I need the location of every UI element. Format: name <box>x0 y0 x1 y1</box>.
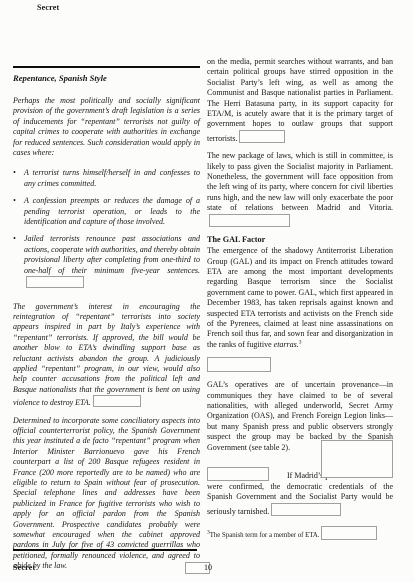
right-paragraph-1: on the media, permit searches without wa… <box>207 57 393 144</box>
bullet-text: Jailed terrorists renounce past associat… <box>24 234 200 274</box>
redaction-box <box>239 130 285 143</box>
gal-factor-heading: The GAL Factor <box>207 235 393 244</box>
page-number: 10 <box>204 563 212 572</box>
footnote-reference: 3 <box>299 339 302 345</box>
left-column: Repentance, Spanish Style Perhaps the mo… <box>13 66 200 579</box>
footnote-text: The Spanish term for a member of ETA. <box>210 532 320 539</box>
bullet-icon: • <box>13 168 16 178</box>
bullet-item: • A confession preempts or reduces the d… <box>13 196 200 227</box>
section-rule <box>13 66 200 68</box>
left-paragraph-2: The government’s interest in encouraging… <box>13 302 200 409</box>
bullet-list: • A terrorist turns himself/herself in a… <box>13 168 200 289</box>
redaction-box <box>321 440 393 478</box>
redaction-box <box>207 467 269 481</box>
left-paragraph-1: Perhaps the most politically and sociall… <box>13 96 200 158</box>
redaction-box <box>26 276 84 288</box>
paragraph-text: The government’s interest in encouraging… <box>13 302 200 408</box>
bullet-icon: • <box>13 196 16 206</box>
right-paragraph-3: The emergence of the shadowy Antiterrori… <box>207 246 393 350</box>
redaction-box <box>207 357 271 372</box>
italic-term: etarras. <box>274 340 299 349</box>
classification-top: Secret <box>37 3 59 12</box>
bullet-text: A terrorist turns himself/herself in and… <box>24 168 200 187</box>
paragraph-text: The emergence of the shadowy Antiterrori… <box>207 246 393 349</box>
paragraph-text: Determined to incorporate some conciliat… <box>13 416 200 571</box>
redaction-box <box>321 526 377 540</box>
bullet-item: • Jailed terrorists renounce past associ… <box>13 234 200 289</box>
paragraph-text: on the media, permit searches without wa… <box>207 57 393 143</box>
footer-rule <box>13 549 197 551</box>
redaction-box <box>93 395 141 407</box>
right-paragraph-5: were confirmed, the democratic credentia… <box>207 482 393 517</box>
redaction-box <box>209 214 290 227</box>
redaction-box <box>271 503 341 516</box>
paragraph-text: The new package of laws, which is still … <box>207 151 393 212</box>
footnote: 3The Spanish term for a member of ETA. <box>207 526 393 540</box>
bullet-item: • A terrorist turns himself/herself in a… <box>13 168 200 189</box>
bullet-text: A confession preempts or reduces the dam… <box>24 196 200 226</box>
right-column: on the media, permit searches without wa… <box>207 57 393 547</box>
classification-bottom: Secret <box>13 563 35 572</box>
section-heading: Repentance, Spanish Style <box>13 73 200 83</box>
right-paragraph-4: GAL’s operatives are of uncertain proven… <box>207 380 393 453</box>
bullet-icon: • <box>13 234 16 244</box>
right-paragraph-2: The new package of laws, which is still … <box>207 151 393 228</box>
